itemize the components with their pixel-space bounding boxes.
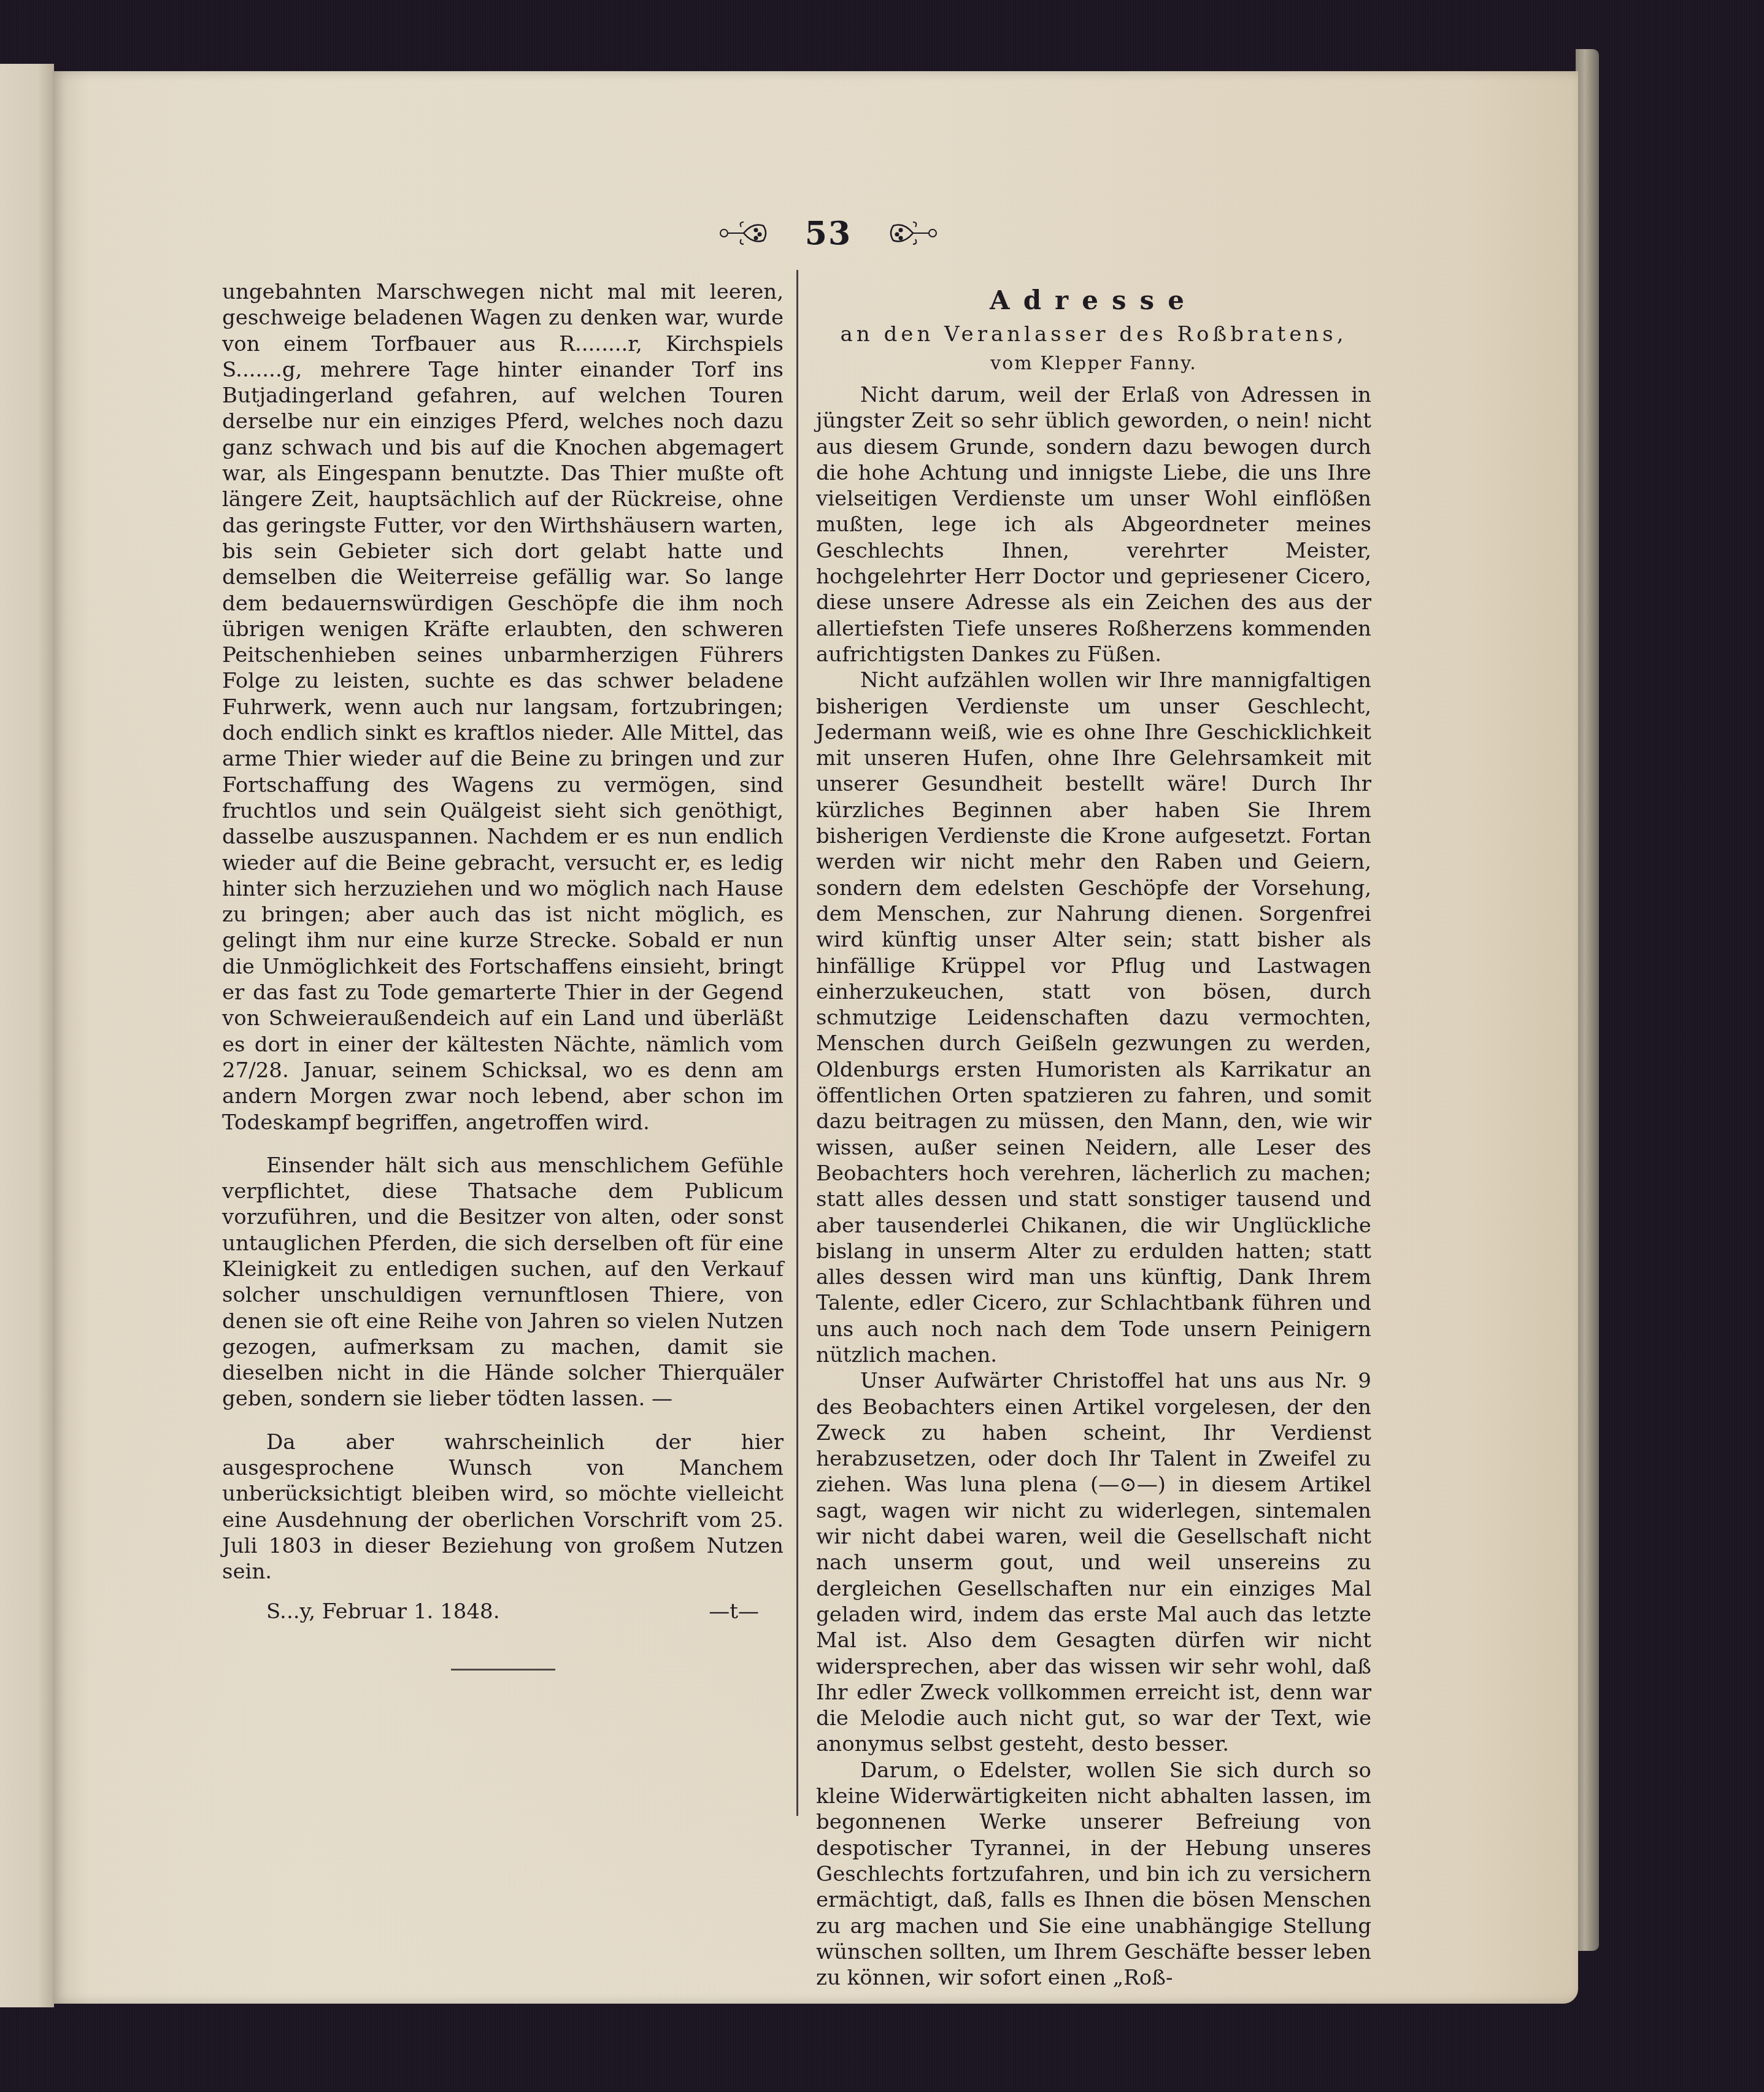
page-number: 53: [805, 215, 852, 252]
article-subtitle: an den Veranlasser des Roßbratens,: [816, 320, 1371, 349]
paragraph-gap: [222, 1412, 784, 1429]
fleuron-right-icon: [888, 221, 938, 245]
right-column: Adresse an den Veranlasser des Roßbraten…: [816, 285, 1371, 1991]
paragraph-gap: [222, 1136, 784, 1153]
end-rule: [451, 1669, 555, 1671]
article-paragraph: Nicht aufzählen wollen wir Ihre mannigfa…: [816, 667, 1371, 1368]
article-byline: vom Klepper Fanny.: [816, 349, 1371, 379]
article-signoff: S...y, Februar 1. 1848. —t—: [222, 1599, 784, 1625]
article-paragraph: Nicht darum, weil der Erlaß von Adressen…: [816, 382, 1371, 667]
book-binding-edge: [1576, 49, 1599, 1951]
facing-page-edge: [0, 64, 54, 2007]
column-divider: [796, 270, 798, 1816]
fleuron-left-icon: [719, 221, 768, 245]
article-paragraph: Darum, o Edelster, wollen Sie sich durch…: [816, 1758, 1371, 1991]
article-title: Adresse: [816, 285, 1371, 316]
author-mark: —t—: [709, 1599, 759, 1625]
article-paragraph: Da aber wahrscheinlich der hier ausgespr…: [222, 1429, 784, 1585]
article-paragraph: Unser Aufwärter Christoffel hat uns aus …: [816, 1368, 1371, 1757]
article-paragraph: Einsender hält sich aus menschlichem Gef…: [222, 1153, 784, 1412]
signoff-place-date: S...y, Februar 1. 1848.: [266, 1599, 500, 1625]
article-paragraph: ungebahnten Marschwegen nicht mal mit le…: [222, 279, 784, 1136]
left-column: ungebahnten Marschwegen nicht mal mit le…: [222, 279, 784, 1671]
page-header: 53: [675, 215, 982, 252]
